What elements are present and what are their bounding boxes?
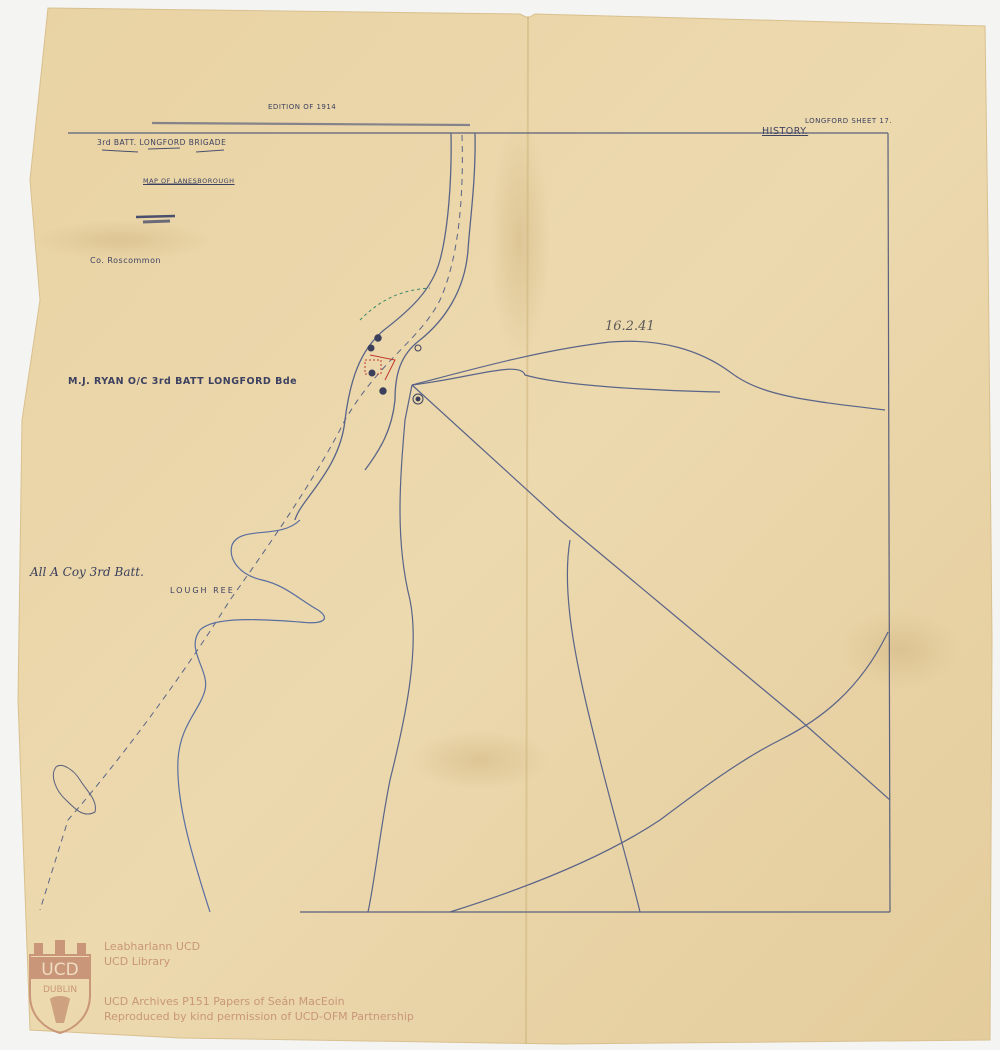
lough-ree-label: LOUGH REE bbox=[170, 586, 235, 595]
sheet-label: LONGFORD SHEET 17. bbox=[805, 117, 892, 125]
certification-date: 16.2.41 bbox=[605, 320, 655, 335]
watermark-line3: UCD Archives P151 Papers of Seán MacEoin bbox=[104, 995, 345, 1008]
footer-note: All A Coy 3rd Batt. bbox=[30, 566, 144, 580]
edition-label: EDITION OF 1914 bbox=[268, 103, 336, 111]
watermark-line4: Reproduced by kind permission of UCD-OFM… bbox=[104, 1010, 414, 1023]
county-label: Co. Roscommon bbox=[90, 256, 161, 265]
brigade-title: 3rd BATT. LONGFORD BRIGADE bbox=[97, 138, 226, 147]
map-title: MAP OF LANESBOROUGH bbox=[143, 177, 235, 185]
logo-ucd: UCD bbox=[41, 960, 78, 980]
logo-dublin: DUBLIN bbox=[43, 985, 77, 995]
oc-line: M.J. RYAN O/C 3rd BATT LONGFORD Bde bbox=[68, 376, 297, 387]
ucd-logo: UCD DUBLIN bbox=[26, 935, 94, 1035]
watermark-line1: Leabharlann UCD bbox=[104, 940, 200, 953]
watermark-line2: UCD Library bbox=[104, 955, 170, 968]
map-sheet bbox=[0, 0, 1000, 1050]
history-heading: HISTORY. bbox=[762, 126, 808, 137]
